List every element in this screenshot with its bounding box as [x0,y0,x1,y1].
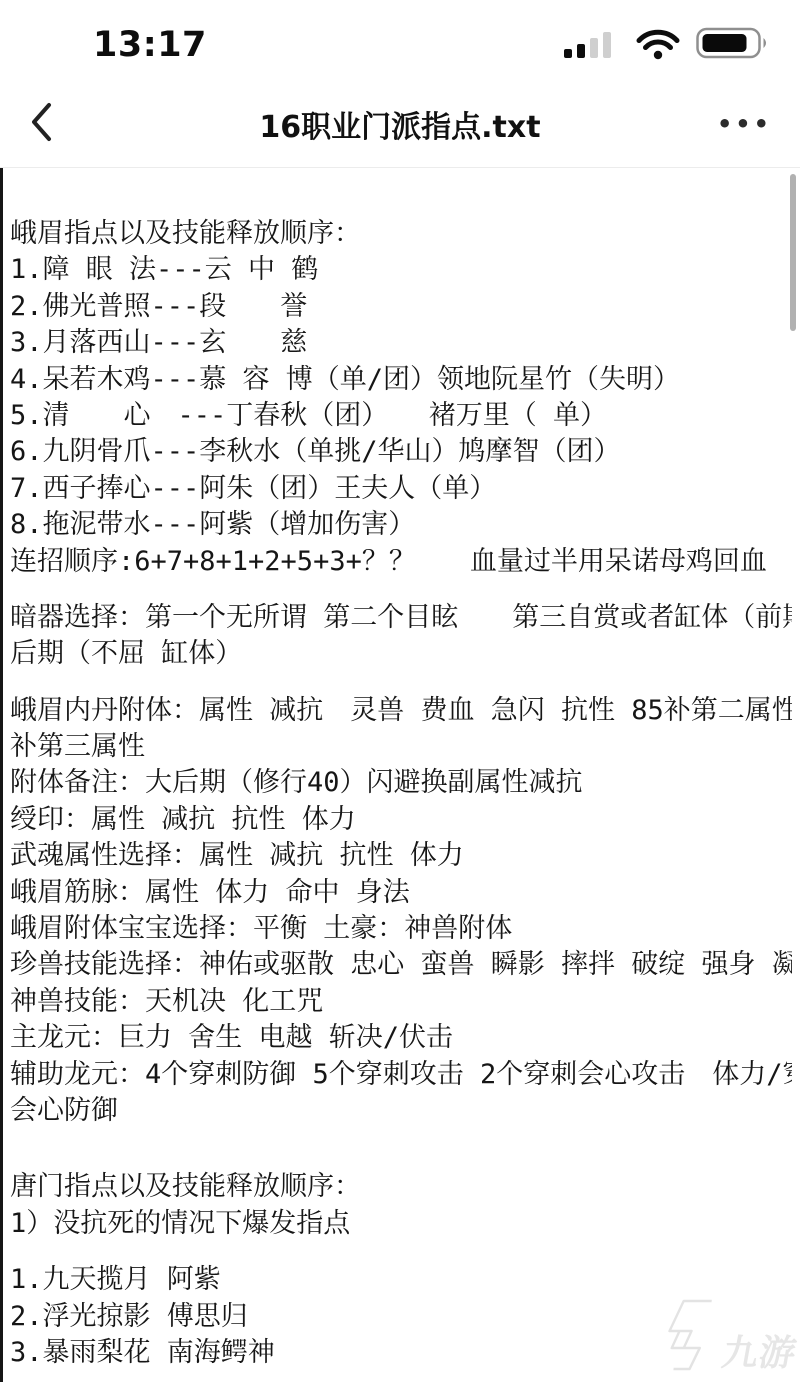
text-line: 连招顺序:6+7+8+1+2+5+3+？？ 血量过半用呆诺母鸡回血 [10,544,792,580]
text-line: 附体备注：大后期（修行40）闪避换副属性减抗 [10,765,792,801]
text-line: 6.九阴骨爪---李秋水（单挑/华山）鸠摩智（团） [10,434,792,470]
file-title: 16职业门派指点.txt [0,102,800,146]
text-line: 3.暴雨梨花 南海鳄神 [10,1335,792,1371]
text-line: 暗器选择：第一个无所谓 第二个目眩 第三自赏或者缸体（前期）大 [10,600,792,636]
text-line [10,673,792,693]
text-line [10,1242,792,1262]
text-line: 1.九天揽月 阿紫 [10,1262,792,1298]
text-line [10,1149,792,1169]
status-bar: 13:17 [0,0,800,80]
text-line: 峨眉附体宝宝选择：平衡 土豪：神兽附体 [10,911,792,947]
text-line: 峨眉内丹附体：属性 减抗 灵兽 费血 急闪 抗性 85补第二属性 95 [10,693,792,729]
text-line: 会心防御 [10,1093,792,1129]
text-line: 1.障 眼 法---云 中 鹤 [10,252,792,288]
text-line: 神兽技能：天机决 化工咒 [10,984,792,1020]
wifi-icon [634,25,682,65]
back-button[interactable] [28,101,58,147]
text-line: 辅助龙元：4个穿刺防御 5个穿刺攻击 2个穿刺会心攻击 体力/穿刺 [10,1057,792,1093]
text-line: 峨眉指点以及技能释放顺序： [10,216,792,252]
nav-bar: 16职业门派指点.txt ••• [0,80,800,168]
text-line: 1）没抗死的情况下爆发指点 [10,1206,792,1242]
text-line: 武魂属性选择：属性 减抗 抗性 体力 [10,838,792,874]
text-line: 3.月落西山---玄 慈 [10,325,792,361]
document-viewer[interactable]: 峨眉指点以及技能释放顺序：1.障 眼 法---云 中 鹤2.佛光普照---段 誉… [0,168,800,1382]
text-line: 后期（不屈 缸体） [10,636,792,672]
text-line: 唐门指点以及技能释放顺序： [10,1169,792,1205]
text-line: 补第三属性 [10,729,792,765]
more-button[interactable]: ••• [717,110,772,138]
text-line: 2.浮光掠影 傅思归 [10,1299,792,1335]
text-line: 8.拖泥带水---阿紫（增加伤害） [10,507,792,543]
text-line: 绶印：属性 减抗 抗性 体力 [10,802,792,838]
document-text: 峨眉指点以及技能释放顺序：1.障 眼 法---云 中 鹤2.佛光普照---段 誉… [10,216,792,1371]
chevron-left-icon [28,101,54,147]
text-line [10,1129,792,1149]
text-line: 5.清 心 ---丁春秋（团） 褚万里（ 单） [10,398,792,434]
text-line: 7.西子捧心---阿朱（团）王夫人（单） [10,471,792,507]
text-line: 主龙元：巨力 舍生 电越 斩决/伏击 [10,1020,792,1056]
status-icons [564,25,770,65]
cellular-signal-icon [564,28,620,62]
text-line: 峨眉筋脉：属性 体力 命中 身法 [10,875,792,911]
clock: 13:17 [93,25,207,65]
text-line: 2.佛光普照---段 誉 [10,289,792,325]
text-line [10,580,792,600]
scrollbar-thumb[interactable] [790,174,796,331]
battery-icon [696,27,770,63]
text-line: 珍兽技能选择：神佑或驱散 忠心 蛮兽 瞬影 摔拌 破绽 强身 凝神 [10,947,792,983]
text-line: 4.呆若木鸡---慕 容 博（单/团）领地阮星竹（失明） [10,362,792,398]
